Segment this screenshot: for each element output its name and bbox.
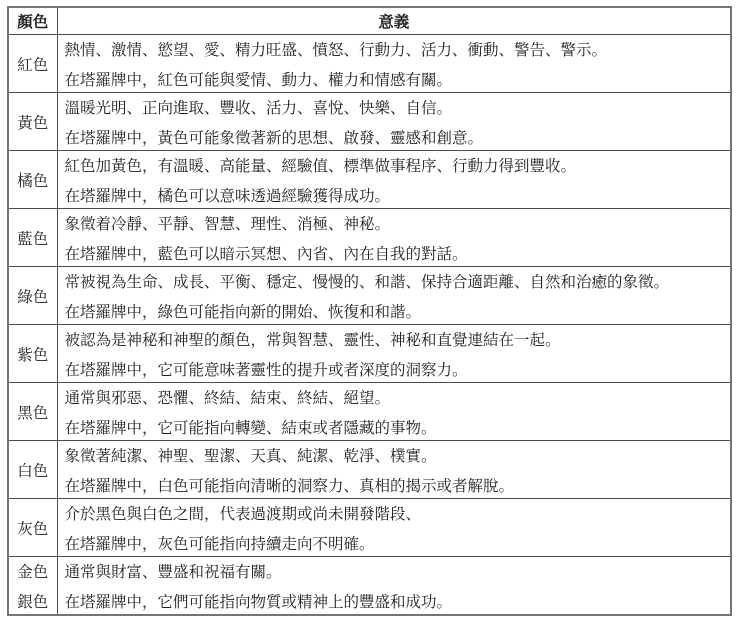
- color-cell-inner: 藍色: [9, 209, 57, 266]
- meaning-line-2: 在塔羅牌中，它們可能指向物質或精神上的豐盛和成功。: [65, 588, 731, 615]
- meaning-cell: 常被視為生命、成長、平衡、穩定、慢慢的、和諧、保持合適距離、自然和治癒的象徵。 …: [57, 267, 731, 325]
- color-cell: 紅色: [8, 35, 57, 93]
- color-cell-inner: 灰色: [9, 499, 57, 556]
- meaning-line-1: 通常與邪惡、恐懼、終結、結束、終結、絕望。: [65, 384, 731, 414]
- color-cell: 黃色: [8, 93, 57, 151]
- color-label-second: 銀色: [17, 588, 48, 618]
- table-row: 橘色 紅色加黃色，有溫暖、高能量、經驗值、標準做事程序、行動力得到豐收。 在塔羅…: [8, 151, 731, 209]
- color-cell: 綠色: [8, 267, 57, 325]
- color-cell-inner: 黃色: [9, 93, 57, 150]
- color-cell-inner: 紅色: [9, 35, 57, 92]
- table-header: 顏色 意義: [8, 7, 731, 35]
- header-row: 顏色 意義: [8, 7, 731, 35]
- color-label: 黑色: [17, 399, 48, 429]
- meaning-line-1: 象徵著純潔、神聖、聖潔、天真、純潔、乾淨、樸實。: [65, 442, 731, 472]
- meaning-line-2: 在塔羅牌中，它可能意味著靈性的提升或者深度的洞察力。: [65, 356, 731, 383]
- color-label: 灰色: [17, 515, 48, 545]
- meaning-cell-inner: 被認為是神秘和神聖的顏色，常與智慧、靈性、神秘和直覺連結在一起。 在塔羅牌中，它…: [58, 325, 731, 382]
- table-row: 藍色 象徵着冷靜、平靜、智慧、理性、消極、神秘。 在塔羅牌中，藍色可以暗示冥想、…: [8, 209, 731, 267]
- color-meaning-table: 顏色 意義 紅色 熱情、激情、慾望、愛、精力旺盛、憤怒、行動力、活力、衝動、警告…: [7, 6, 732, 616]
- table-row: 金色 銀色 通常與財富、豐盛和祝福有關。 在塔羅牌中，它們可能指向物質或精神上的…: [8, 557, 731, 616]
- meaning-line-1: 紅色加黃色，有溫暖、高能量、經驗值、標準做事程序、行動力得到豐收。: [65, 152, 731, 182]
- meaning-cell-inner: 熱情、激情、慾望、愛、精力旺盛、憤怒、行動力、活力、衝動、警告、警示。 在塔羅牌…: [58, 35, 731, 92]
- meaning-cell-inner: 紅色加黃色，有溫暖、高能量、經驗值、標準做事程序、行動力得到豐收。 在塔羅牌中，…: [58, 151, 731, 208]
- table-row: 灰色 介於黑色與白色之間，代表過渡期或尚未開發階段、 在塔羅牌中，灰色可能指向持…: [8, 499, 731, 557]
- meaning-cell: 象徵著純潔、神聖、聖潔、天真、純潔、乾淨、樸實。 在塔羅牌中，白色可能指向清晰的…: [57, 441, 731, 499]
- table-row: 黃色 溫暖光明、正向進取、豐收、活力、喜悅、快樂、自信。 在塔羅牌中，黃色可能象…: [8, 93, 731, 151]
- meaning-cell: 溫暖光明、正向進取、豐收、活力、喜悅、快樂、自信。 在塔羅牌中，黃色可能象徵著新…: [57, 93, 731, 151]
- meaning-cell-inner: 象徵著純潔、神聖、聖潔、天真、純潔、乾淨、樸實。 在塔羅牌中，白色可能指向清晰的…: [58, 441, 731, 498]
- meaning-cell-inner: 通常與邪惡、恐懼、終結、結束、終結、絕望。 在塔羅牌中，它可能指向轉變、結束或者…: [58, 383, 731, 440]
- table-row: 紅色 熱情、激情、慾望、愛、精力旺盛、憤怒、行動力、活力、衝動、警告、警示。 在…: [8, 35, 731, 93]
- meaning-line-1: 象徵着冷靜、平靜、智慧、理性、消極、神秘。: [65, 210, 731, 240]
- meaning-line-2: 在塔羅牌中，灰色可能指向持續走向不明確。: [65, 530, 731, 557]
- meaning-line-2: 在塔羅牌中，藍色可以暗示冥想、內省、內在自我的對話。: [65, 240, 731, 267]
- color-cell-inner: 橘色: [9, 151, 57, 208]
- meaning-line-2: 在塔羅牌中，紅色可能與愛情、動力、權力和情感有關。: [65, 66, 731, 93]
- table-body: 紅色 熱情、激情、慾望、愛、精力旺盛、憤怒、行動力、活力、衝動、警告、警示。 在…: [8, 35, 731, 616]
- meaning-cell: 通常與財富、豐盛和祝福有關。 在塔羅牌中，它們可能指向物質或精神上的豐盛和成功。: [57, 557, 731, 616]
- color-label: 白色: [17, 457, 48, 487]
- meaning-line-1: 介於黑色與白色之間，代表過渡期或尚未開發階段、: [65, 500, 731, 530]
- color-label: 紫色: [17, 341, 48, 371]
- color-cell: 藍色: [8, 209, 57, 267]
- meaning-line-2: 在塔羅牌中，它可能指向轉變、結束或者隱藏的事物。: [65, 414, 731, 441]
- table-row: 紫色 被認為是神秘和神聖的顏色，常與智慧、靈性、神秘和直覺連結在一起。 在塔羅牌…: [8, 325, 731, 383]
- meaning-line-2: 在塔羅牌中，白色可能指向清晰的洞察力、真相的揭示或者解脫。: [65, 472, 731, 499]
- meaning-cell: 熱情、激情、慾望、愛、精力旺盛、憤怒、行動力、活力、衝動、警告、警示。 在塔羅牌…: [57, 35, 731, 93]
- color-cell-inner: 白色: [9, 441, 57, 498]
- color-cell-inner: 金色 銀色: [9, 557, 57, 614]
- color-cell-inner: 綠色: [9, 267, 57, 324]
- meaning-cell: 象徵着冷靜、平靜、智慧、理性、消極、神秘。 在塔羅牌中，藍色可以暗示冥想、內省、…: [57, 209, 731, 267]
- page: 顏色 意義 紅色 熱情、激情、慾望、愛、精力旺盛、憤怒、行動力、活力、衝動、警告…: [0, 0, 740, 624]
- color-cell: 灰色: [8, 499, 57, 557]
- color-label: 藍色: [17, 225, 48, 255]
- header-meaning-cell: 意義: [57, 7, 731, 35]
- color-label: 綠色: [17, 283, 48, 313]
- meaning-cell: 介於黑色與白色之間，代表過渡期或尚未開發階段、 在塔羅牌中，灰色可能指向持續走向…: [57, 499, 731, 557]
- color-cell: 黑色: [8, 383, 57, 441]
- color-cell-inner: 紫色: [9, 325, 57, 382]
- meaning-cell: 紅色加黃色，有溫暖、高能量、經驗值、標準做事程序、行動力得到豐收。 在塔羅牌中，…: [57, 151, 731, 209]
- table-row: 白色 象徵著純潔、神聖、聖潔、天真、純潔、乾淨、樸實。 在塔羅牌中，白色可能指向…: [8, 441, 731, 499]
- color-cell: 橘色: [8, 151, 57, 209]
- meaning-line-1: 通常與財富、豐盛和祝福有關。: [65, 558, 731, 588]
- meaning-cell-inner: 象徵着冷靜、平靜、智慧、理性、消極、神秘。 在塔羅牌中，藍色可以暗示冥想、內省、…: [58, 209, 731, 266]
- meaning-line-1: 熱情、激情、慾望、愛、精力旺盛、憤怒、行動力、活力、衝動、警告、警示。: [65, 36, 731, 66]
- meaning-line-1: 被認為是神秘和神聖的顏色，常與智慧、靈性、神秘和直覺連結在一起。: [65, 326, 731, 356]
- color-cell-inner: 黑色: [9, 383, 57, 440]
- meaning-line-1: 溫暖光明、正向進取、豐收、活力、喜悅、快樂、自信。: [65, 94, 731, 124]
- meaning-cell: 被認為是神秘和神聖的顏色，常與智慧、靈性、神秘和直覺連結在一起。 在塔羅牌中，它…: [57, 325, 731, 383]
- color-cell: 白色: [8, 441, 57, 499]
- header-color-cell: 顏色: [8, 7, 57, 35]
- meaning-line-2: 在塔羅牌中，綠色可能指向新的開始、恢復和和諧。: [65, 298, 731, 325]
- meaning-cell: 通常與邪惡、恐懼、終結、結束、終結、絕望。 在塔羅牌中，它可能指向轉變、結束或者…: [57, 383, 731, 441]
- meaning-cell-inner: 常被視為生命、成長、平衡、穩定、慢慢的、和諧、保持合適距離、自然和治癒的象徵。 …: [58, 267, 731, 324]
- meaning-line-2: 在塔羅牌中，橘色可以意味透過經驗獲得成功。: [65, 182, 731, 209]
- color-label: 紅色: [17, 51, 48, 81]
- meaning-cell-inner: 溫暖光明、正向進取、豐收、活力、喜悅、快樂、自信。 在塔羅牌中，黃色可能象徵著新…: [58, 93, 731, 150]
- color-label: 金色: [17, 558, 48, 588]
- color-cell: 紫色: [8, 325, 57, 383]
- color-cell: 金色 銀色: [8, 557, 57, 616]
- color-label: 黃色: [17, 109, 48, 139]
- meaning-line-2: 在塔羅牌中，黃色可能象徵著新的思想、啟發、靈感和創意。: [65, 124, 731, 151]
- color-label: 橘色: [17, 167, 48, 197]
- meaning-line-1: 常被視為生命、成長、平衡、穩定、慢慢的、和諧、保持合適距離、自然和治癒的象徵。: [65, 268, 731, 298]
- meaning-cell-inner: 介於黑色與白色之間，代表過渡期或尚未開發階段、 在塔羅牌中，灰色可能指向持續走向…: [58, 499, 731, 556]
- table-row: 黑色 通常與邪惡、恐懼、終結、結束、終結、絕望。 在塔羅牌中，它可能指向轉變、結…: [8, 383, 731, 441]
- meaning-cell-inner: 通常與財富、豐盛和祝福有關。 在塔羅牌中，它們可能指向物質或精神上的豐盛和成功。: [58, 557, 731, 614]
- table-row: 綠色 常被視為生命、成長、平衡、穩定、慢慢的、和諧、保持合適距離、自然和治癒的象…: [8, 267, 731, 325]
